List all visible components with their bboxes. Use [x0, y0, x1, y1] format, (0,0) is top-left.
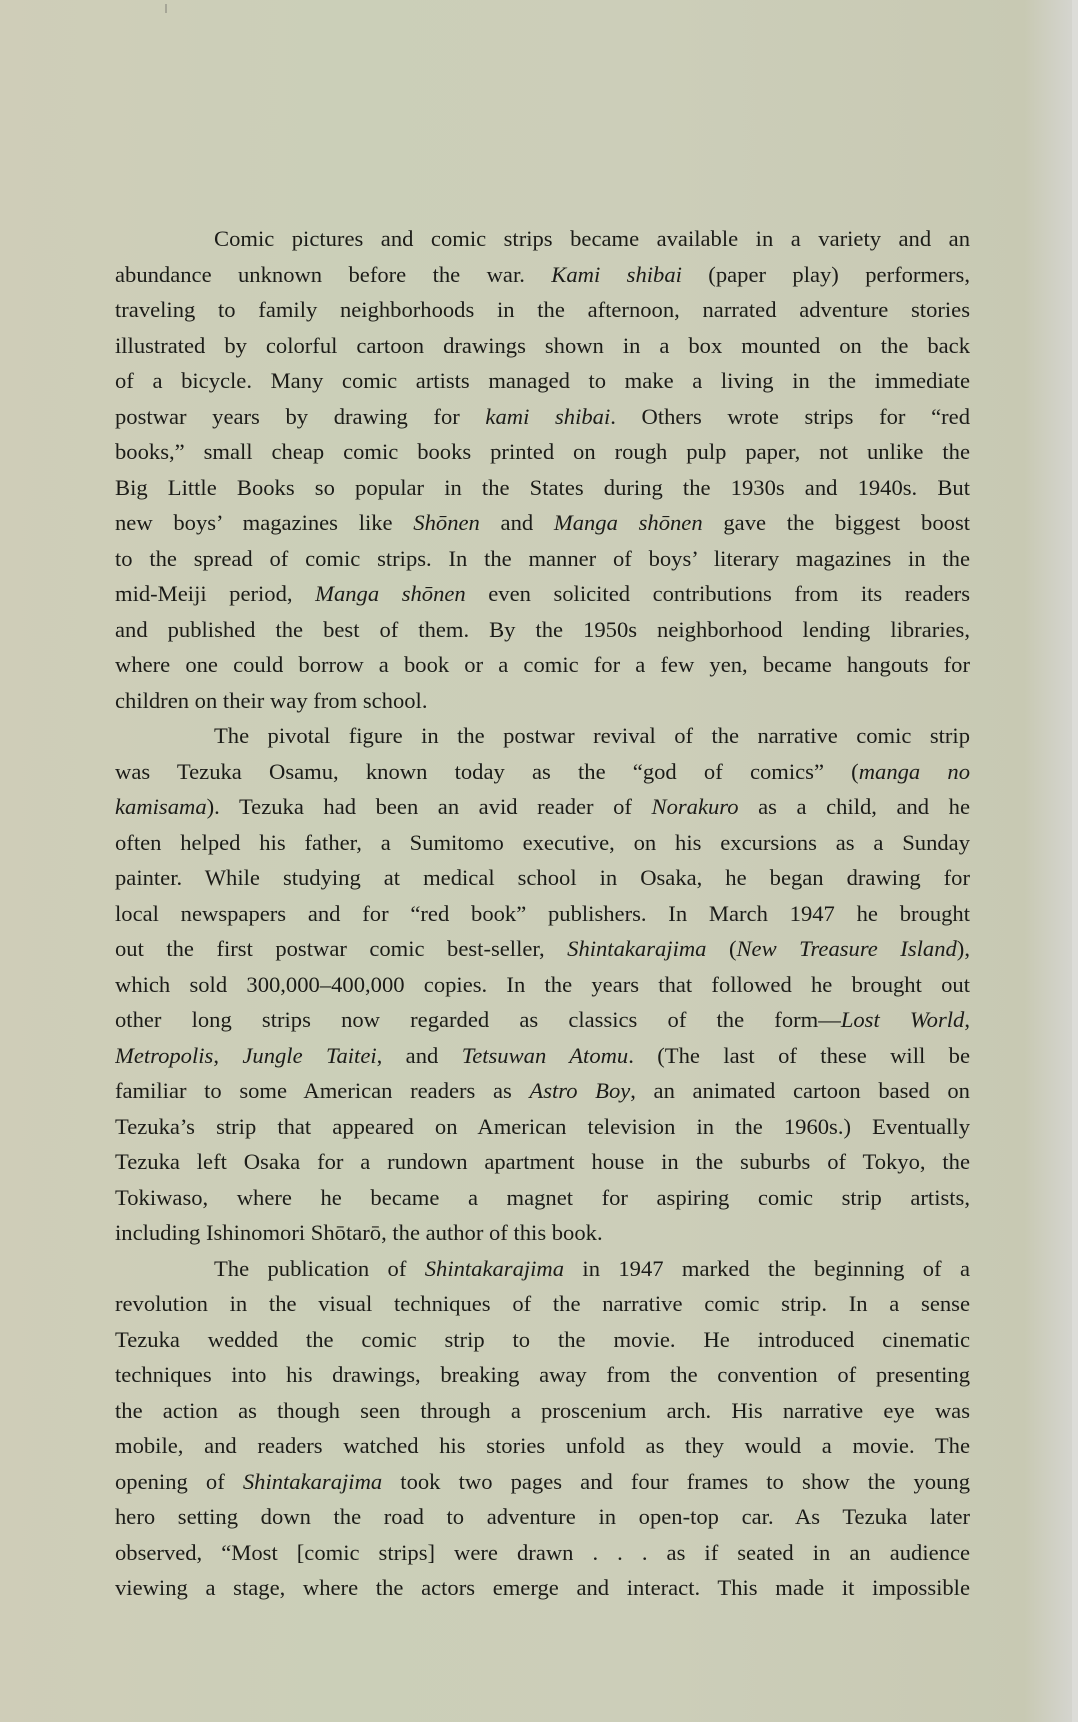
text-line: traveling to family neighborhoods in the… [115, 292, 970, 328]
italic-text: Astro Boy [529, 1078, 630, 1103]
text-line: out the first postwar comic best-seller,… [115, 931, 970, 967]
page-edge [1072, 0, 1078, 1722]
text-run: illustrated by colorful cartoon drawings… [115, 333, 970, 358]
text-line: mobile, and readers watched his stories … [115, 1428, 970, 1464]
paragraph: The publication of Shintakarajima in 194… [115, 1251, 970, 1606]
text-line: Tokiwaso, where he became a magnet for a… [115, 1180, 970, 1216]
italic-text: Lost World [841, 1007, 965, 1032]
italic-text: Manga shōnen [315, 581, 466, 606]
text-run: , [964, 1007, 970, 1032]
text-line: other long strips now regarded as classi… [115, 1002, 970, 1038]
text-run: even solicited contributions from its re… [466, 581, 970, 606]
text-run: gave the biggest boost [703, 510, 970, 535]
text-run: techniques into his drawings, breaking a… [115, 1362, 970, 1387]
text-run: observed, “Most [comic strips] were draw… [115, 1540, 970, 1565]
text-line: and published the best of them. By the 1… [115, 612, 970, 648]
text-run: where one could borrow a book or a comic… [115, 652, 970, 677]
text-run: revolution in the visual techniques of t… [115, 1291, 970, 1316]
italic-text: Shōnen [413, 510, 480, 535]
text-run: local newspapers and for “red book” publ… [115, 901, 970, 926]
italic-text: Shintakarajima [425, 1256, 564, 1281]
text-line: techniques into his drawings, breaking a… [115, 1357, 970, 1393]
italic-text: Kami shibai [551, 262, 682, 287]
text-run: abundance unknown before the war. [115, 262, 551, 287]
text-line: was Tezuka Osamu, known today as the “go… [115, 754, 970, 790]
italic-text: kami shibai [485, 404, 610, 429]
text-line: where one could borrow a book or a comic… [115, 647, 970, 683]
text-line: observed, “Most [comic strips] were draw… [115, 1535, 970, 1571]
italic-text: manga no [859, 759, 970, 784]
text-run: out the first postwar comic best-seller, [115, 936, 567, 961]
text-run: The publication of [214, 1256, 425, 1281]
italic-text: kamisama [115, 794, 207, 819]
text-run: including Ishinomori Shōtarō, the author… [115, 1220, 603, 1245]
italic-text: Manga shōnen [554, 510, 703, 535]
italic-text: Shintakarajima [567, 936, 706, 961]
text-line: painter. While studying at medical schoo… [115, 860, 970, 896]
text-run: mobile, and readers watched his stories … [115, 1433, 970, 1458]
text-run: took two pages and four frames to show t… [382, 1469, 970, 1494]
text-line: postwar years by drawing for kami shibai… [115, 399, 970, 435]
text-line: Comic pictures and comic strips became a… [115, 221, 970, 257]
text-line: The publication of Shintakarajima in 194… [115, 1251, 970, 1287]
text-line: which sold 300,000–400,000 copies. In th… [115, 967, 970, 1003]
text-line: Tezuka wedded the comic strip to the mov… [115, 1322, 970, 1358]
text-line: illustrated by colorful cartoon drawings… [115, 328, 970, 364]
paragraph: Comic pictures and comic strips became a… [115, 221, 970, 718]
text-line: new boys’ magazines like Shōnen and Mang… [115, 505, 970, 541]
text-run: familiar to some American readers as [115, 1078, 529, 1103]
text-run: viewing a stage, where the actors emerge… [115, 1575, 970, 1600]
italic-text: New Treasure Island [736, 936, 956, 961]
italic-text: Jungle Taitei [242, 1043, 376, 1068]
text-run: . Others wrote strips for “red [610, 404, 970, 429]
text-line: Tezuka left Osaka for a rundown apartmen… [115, 1144, 970, 1180]
text-run: , and [377, 1043, 462, 1068]
text-line: Big Little Books so popular in the State… [115, 470, 970, 506]
text-run: painter. While studying at medical schoo… [115, 865, 970, 890]
text-run: , [213, 1043, 242, 1068]
text-line: including Ishinomori Shōtarō, the author… [115, 1215, 970, 1251]
text-line: often helped his father, a Sumitomo exec… [115, 825, 970, 861]
text-run: . (The last of these will be [628, 1043, 970, 1068]
scan-speck [165, 4, 167, 13]
text-line: opening of Shintakarajima took two pages… [115, 1464, 970, 1500]
text-run: to the spread of comic strips. In the ma… [115, 546, 970, 571]
text-run: children on their way from school. [115, 688, 427, 713]
text-line: local newspapers and for “red book” publ… [115, 896, 970, 932]
text-run: The pivotal figure in the postwar reviva… [214, 723, 970, 748]
italic-text: Tetsuwan Atomu [462, 1043, 629, 1068]
text-line: kamisama). Tezuka had been an avid reade… [115, 789, 970, 825]
text-line: to the spread of comic strips. In the ma… [115, 541, 970, 577]
text-run: , an animated cartoon based on [630, 1078, 970, 1103]
italic-text: Metropolis [115, 1043, 213, 1068]
text-line: hero setting down the road to adventure … [115, 1499, 970, 1535]
text-run: ), [957, 936, 970, 961]
text-run: and [480, 510, 554, 535]
text-run: other long strips now regarded as classi… [115, 1007, 841, 1032]
text-run: postwar years by drawing for [115, 404, 485, 429]
text-run: ( [706, 936, 736, 961]
text-run: Comic pictures and comic strips became a… [214, 226, 970, 251]
text-run: mid-Meiji period, [115, 581, 315, 606]
italic-text: Shintakarajima [243, 1469, 382, 1494]
text-run: traveling to family neighborhoods in the… [115, 297, 970, 322]
text-run: of a bicycle. Many comic artists managed… [115, 368, 970, 393]
text-line: children on their way from school. [115, 683, 970, 719]
paragraph: The pivotal figure in the postwar reviva… [115, 718, 970, 1251]
text-line: revolution in the visual techniques of t… [115, 1286, 970, 1322]
text-line: abundance unknown before the war. Kami s… [115, 257, 970, 293]
text-run: Tezuka wedded the comic strip to the mov… [115, 1327, 970, 1352]
text-run: ). Tezuka had been an avid reader of [207, 794, 652, 819]
text-run: in 1947 marked the beginning of a [564, 1256, 970, 1281]
text-line: Tezuka’s strip that appeared on American… [115, 1109, 970, 1145]
book-page-body: Comic pictures and comic strips became a… [115, 221, 970, 1606]
text-run: as a child, and he [739, 794, 970, 819]
italic-text: Norakuro [652, 794, 739, 819]
text-run: new boys’ magazines like [115, 510, 413, 535]
text-line: the action as though seen through a pros… [115, 1393, 970, 1429]
text-line: books,” small cheap comic books printed … [115, 434, 970, 470]
text-run: Tezuka’s strip that appeared on American… [115, 1114, 970, 1139]
text-line: familiar to some American readers as Ast… [115, 1073, 970, 1109]
text-line: of a bicycle. Many comic artists managed… [115, 363, 970, 399]
text-run: the action as though seen through a pros… [115, 1398, 970, 1423]
text-run: was Tezuka Osamu, known today as the “go… [115, 759, 859, 784]
text-run: and published the best of them. By the 1… [115, 617, 970, 642]
text-line: The pivotal figure in the postwar reviva… [115, 718, 970, 754]
text-run: Tokiwaso, where he became a magnet for a… [115, 1185, 970, 1210]
text-run: Tezuka left Osaka for a rundown apartmen… [115, 1149, 970, 1174]
text-run: opening of [115, 1469, 243, 1494]
text-run: Big Little Books so popular in the State… [115, 475, 970, 500]
text-run: books,” small cheap comic books printed … [115, 439, 970, 464]
text-run: often helped his father, a Sumitomo exec… [115, 830, 970, 855]
text-line: Metropolis, Jungle Taitei, and Tetsuwan … [115, 1038, 970, 1074]
text-run: hero setting down the road to adventure … [115, 1504, 970, 1529]
text-line: mid-Meiji period, Manga shōnen even soli… [115, 576, 970, 612]
text-run: which sold 300,000–400,000 copies. In th… [115, 972, 970, 997]
text-run: (paper play) performers, [682, 262, 970, 287]
text-line: viewing a stage, where the actors emerge… [115, 1570, 970, 1606]
